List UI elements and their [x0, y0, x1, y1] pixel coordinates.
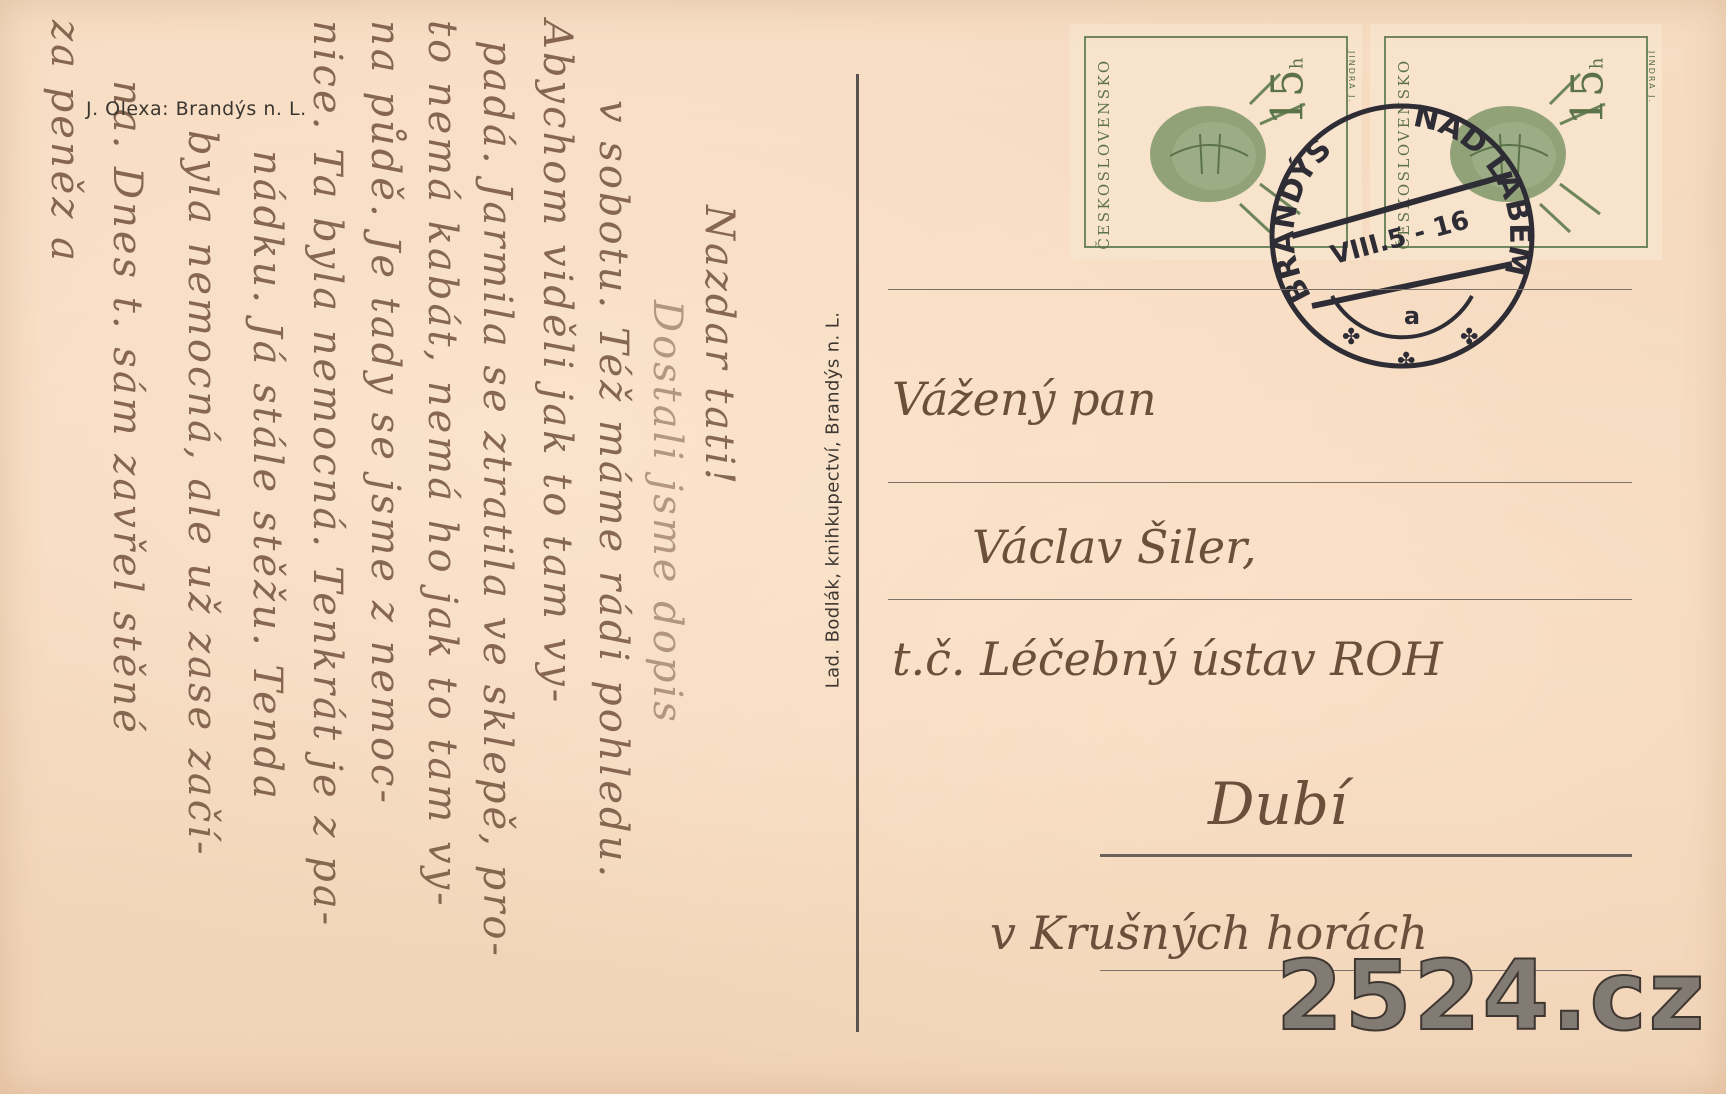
postage-stamp: ČESKOSLOVENSKO 15h JINDRA J. — [1070, 24, 1362, 260]
recipient-institution: t.č. Léčebný ústav ROH — [892, 632, 1443, 686]
publisher-credit: J. Olexa: Brandýs n. L. — [86, 98, 307, 120]
message-line: Abychom viděli jak to tam vy- — [534, 20, 580, 705]
address-salutation: Vážený pan — [892, 372, 1157, 426]
stamp-engraver: JINDRA J. — [1347, 51, 1356, 104]
stamp-country: ČESKOSLOVENSKO — [1095, 58, 1113, 249]
message-line: na. Dnes t. sám zavřel stěné — [104, 80, 150, 736]
printer-credit: Lad. Bodlák, knihkupectví, Brandýs n. L. — [823, 312, 844, 689]
message-line: za peněz a — [42, 20, 88, 264]
postage-stamp: ČESKOSLOVENSKO 15h JINDRA J. — [1370, 24, 1662, 260]
message-line: Nazdar tati! — [696, 205, 742, 487]
svg-text:✤: ✤ — [1342, 325, 1360, 350]
town-underline — [1100, 854, 1632, 857]
message-line: nádku. Já stále stěžu. Tenda — [244, 150, 290, 802]
site-watermark: 2524.cz — [1276, 948, 1706, 1044]
message-line: Dostali jsme dopis — [644, 300, 690, 725]
center-divider — [856, 74, 859, 1032]
address-rule — [888, 289, 1632, 290]
stamp-engraver: JINDRA J. — [1647, 51, 1656, 104]
message-line: v sobotu. Též máme rádi pohledu. — [590, 100, 636, 880]
message-line: to nemá kabát, nemá ho jak to tam vy- — [419, 20, 465, 909]
address-rule — [888, 599, 1632, 600]
recipient-town: Dubí — [1208, 770, 1348, 838]
stamp-value: 15h — [1563, 58, 1614, 126]
recipient-name: Václav Šiler, — [972, 520, 1257, 574]
stamp-value: 15h — [1263, 58, 1314, 126]
svg-text:✤: ✤ — [1397, 349, 1415, 374]
message-line: nice. Ta byla nemocná. Tenkrát je z pa- — [304, 20, 350, 928]
svg-text:a: a — [1404, 302, 1420, 330]
message-line: byla nemocná, ale už zase začí- — [179, 130, 225, 858]
svg-text:✤: ✤ — [1460, 325, 1478, 350]
message-line: padá. Jarmila se ztratila ve sklepě, pro… — [474, 40, 520, 959]
address-rule — [888, 482, 1632, 483]
postcard: Nazdar tati! Dostali jsme dopis v sobotu… — [0, 0, 1726, 1094]
stamp-country: ČESKOSLOVENSKO — [1395, 58, 1413, 249]
handwritten-message: Nazdar tati! Dostali jsme dopis v sobotu… — [0, 0, 800, 1094]
message-line: na půdě. Je tady se jsme z nemoc- — [362, 20, 408, 806]
